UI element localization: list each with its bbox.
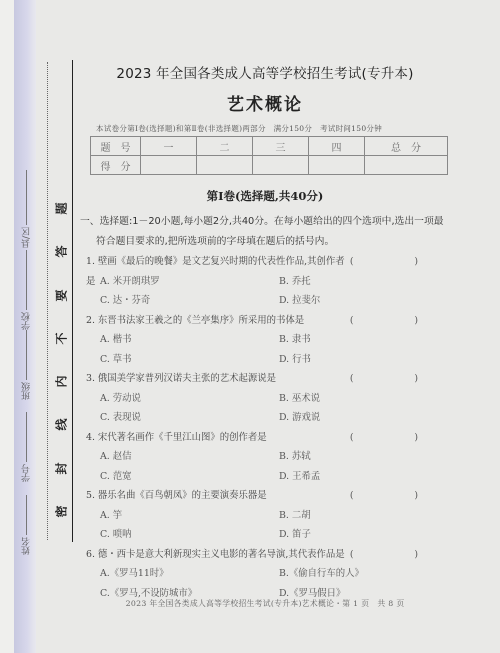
seal-char: 不 <box>52 332 69 344</box>
question-stem: 3. 俄国美学家普列汉诺夫主张的艺术起源说是 <box>86 369 276 389</box>
student-info-fields: 县/区学校班级学号姓名 <box>16 150 36 520</box>
score-cell: 题 号 <box>91 137 141 156</box>
question-option: D. 拉斐尔 <box>265 291 450 311</box>
question-options: A. 劳动说B. 巫术说C. 表现说D. 游戏说 <box>80 389 450 428</box>
question-option: A. 楷书 <box>80 330 265 350</box>
info-field[interactable]: 班级 <box>16 330 36 400</box>
answer-blank[interactable]: ( ) <box>350 311 432 331</box>
page-edge <box>0 0 14 653</box>
score-input-cell[interactable] <box>309 156 365 175</box>
question-option: B. 乔托 <box>265 272 450 292</box>
question-option: B. 巫术说 <box>265 389 450 409</box>
question-item: 6. 德・西卡是意大利新现实主义电影的著名导演,其代表作品是( )A.《罗马11… <box>80 545 450 604</box>
score-cell: 得 分 <box>91 156 141 175</box>
fill-in-rule <box>26 412 27 462</box>
question-stem: 1. 壁画《最后的晚餐》是文艺复兴时期的代表性作品,其创作者是 <box>86 252 350 272</box>
fill-in-rule <box>26 170 27 225</box>
seal-char: 内 <box>52 376 69 388</box>
score-table-score-row: 得 分 <box>91 156 448 175</box>
question-item: 5. 器乐名曲《百鸟朝凤》的主要演奏乐器是( )A. 竽B. 二胡C. 唢呐D.… <box>80 486 450 545</box>
question-option: D. 王希孟 <box>265 467 450 487</box>
question-options: A. 赵佶B. 苏轼C. 范宽D. 王希孟 <box>80 447 450 486</box>
paper-info: 本试卷分第Ⅰ卷(选择题)和第Ⅱ卷(非选择题)两部分 满分150分 考试时间150… <box>80 123 450 134</box>
question-option: B. 苏轼 <box>265 447 450 467</box>
score-table: 题 号 一 二 三 四 总 分 得 分 <box>90 136 448 175</box>
question-list: 1. 壁画《最后的晚餐》是文艺复兴时期的代表性作品,其创作者是( )A. 米开朗… <box>80 252 450 603</box>
question-stem: 4. 宋代著名画作《千里江山图》的创作者是 <box>86 428 267 448</box>
exam-title: 2023 年全国各类成人高等学校招生考试(专升本) <box>80 62 450 82</box>
question-stem: 5. 器乐名曲《百鸟朝凤》的主要演奏乐器是 <box>86 486 267 506</box>
instructions-line: 符合题目要求的,把所选项前的字母填在题后的括号内。 <box>80 232 450 252</box>
question-options: A. 楷书B. 隶书C. 草书D. 行书 <box>80 330 450 369</box>
question-stem-row: 1. 壁画《最后的晚餐》是文艺复兴时期的代表性作品,其创作者是( ) <box>80 252 450 272</box>
section-instructions: 一、选择题:1－20小题,每小题2分,共40分。在每小题给出的四个选项中,选出一… <box>80 212 450 252</box>
margin-rule <box>72 60 73 542</box>
question-stem-row: 5. 器乐名曲《百鸟朝凤》的主要演奏乐器是( ) <box>80 486 450 506</box>
answer-blank[interactable]: ( ) <box>350 545 432 565</box>
score-input-cell[interactable] <box>197 156 253 175</box>
question-option: B.《偷自行车的人》 <box>265 564 450 584</box>
info-field[interactable]: 姓名 <box>16 495 36 555</box>
seal-char: 线 <box>52 419 69 431</box>
score-cell: 二 <box>197 137 253 156</box>
info-field[interactable]: 学校 <box>16 250 36 330</box>
fill-in-rule <box>26 330 27 380</box>
instructions-line: 一、选择题:1－20小题,每小题2分,共40分。在每小题给出的四个选项中,选出一… <box>80 212 450 232</box>
info-field-label: 县/区 <box>20 227 33 248</box>
question-option: D. 游戏说 <box>265 408 450 428</box>
answer-blank[interactable]: ( ) <box>350 486 432 506</box>
seal-char: 密 <box>52 505 69 517</box>
info-field-label: 学校 <box>20 312 33 330</box>
seal-dotted-line <box>47 62 48 540</box>
answer-blank[interactable]: ( ) <box>350 252 432 272</box>
answer-blank[interactable]: ( ) <box>350 428 432 448</box>
subject-title: 艺术概论 <box>80 90 450 115</box>
info-field[interactable]: 县/区 <box>16 170 36 248</box>
seal-notice: 密封线内不要答题 <box>53 200 69 520</box>
question-option: C. 范宽 <box>80 467 265 487</box>
score-cell: 三 <box>253 137 309 156</box>
seal-char: 答 <box>52 246 69 258</box>
question-stem-row: 6. 德・西卡是意大利新现实主义电影的著名导演,其代表作品是( ) <box>80 545 450 565</box>
question-option: C. 达・芬奇 <box>80 291 265 311</box>
question-option: A. 劳动说 <box>80 389 265 409</box>
question-options: A. 竽B. 二胡C. 唢呐D. 笛子 <box>80 506 450 545</box>
info-field[interactable]: 学号 <box>16 412 36 482</box>
section-title: 第Ⅰ卷(选择题,共40分) <box>80 188 450 204</box>
question-option: B. 隶书 <box>265 330 450 350</box>
fill-in-rule <box>26 495 27 535</box>
question-stem-row: 2. 东晋书法家王羲之的《兰亭集序》所采用的书体是( ) <box>80 311 450 331</box>
seal-char: 要 <box>52 289 69 301</box>
question-option: D. 行书 <box>265 350 450 370</box>
question-item: 4. 宋代著名画作《千里江山图》的创作者是( )A. 赵佶B. 苏轼C. 范宽D… <box>80 428 450 487</box>
question-stem: 2. 东晋书法家王羲之的《兰亭集序》所采用的书体是 <box>86 311 304 331</box>
info-field-label: 班级 <box>20 382 33 400</box>
question-option: A.《罗马11时》 <box>80 564 265 584</box>
score-input-cell[interactable] <box>365 156 448 175</box>
question-option: A. 赵佶 <box>80 447 265 467</box>
exam-page: 2023 年全国各类成人高等学校招生考试(专升本) 艺术概论 本试卷分第Ⅰ卷(选… <box>80 60 450 603</box>
score-input-cell[interactable] <box>253 156 309 175</box>
info-field-label: 姓名 <box>20 537 33 555</box>
seal-char: 封 <box>52 462 69 474</box>
score-input-cell[interactable] <box>141 156 197 175</box>
question-option: C. 表现说 <box>80 408 265 428</box>
score-table-header-row: 题 号 一 二 三 四 总 分 <box>91 137 448 156</box>
score-cell: 四 <box>309 137 365 156</box>
question-option: D. 笛子 <box>265 525 450 545</box>
question-item: 1. 壁画《最后的晚餐》是文艺复兴时期的代表性作品,其创作者是( )A. 米开朗… <box>80 252 450 311</box>
question-option: A. 米开朗琪罗 <box>80 272 265 292</box>
question-item: 3. 俄国美学家普列汉诺夫主张的艺术起源说是( )A. 劳动说B. 巫术说C. … <box>80 369 450 428</box>
question-option: A. 竽 <box>80 506 265 526</box>
question-option: C. 唢呐 <box>80 525 265 545</box>
seal-char: 题 <box>52 202 69 214</box>
answer-blank[interactable]: ( ) <box>350 369 432 389</box>
question-option: B. 二胡 <box>265 506 450 526</box>
question-options: A. 米开朗琪罗B. 乔托C. 达・芬奇D. 拉斐尔 <box>80 272 450 311</box>
question-stem-row: 4. 宋代著名画作《千里江山图》的创作者是( ) <box>80 428 450 448</box>
question-stem: 6. 德・西卡是意大利新现实主义电影的著名导演,其代表作品是 <box>86 545 345 565</box>
question-stem-row: 3. 俄国美学家普列汉诺夫主张的艺术起源说是( ) <box>80 369 450 389</box>
question-item: 2. 东晋书法家王羲之的《兰亭集序》所采用的书体是( )A. 楷书B. 隶书C.… <box>80 311 450 370</box>
page-footer: 2023 年全国各类成人高等学校招生考试(专升本)艺术概论・第 1 页 共 8 … <box>80 598 450 609</box>
fill-in-rule <box>26 250 27 310</box>
question-option: C. 草书 <box>80 350 265 370</box>
score-cell: 总 分 <box>365 137 448 156</box>
info-field-label: 学号 <box>20 464 33 482</box>
score-cell: 一 <box>141 137 197 156</box>
